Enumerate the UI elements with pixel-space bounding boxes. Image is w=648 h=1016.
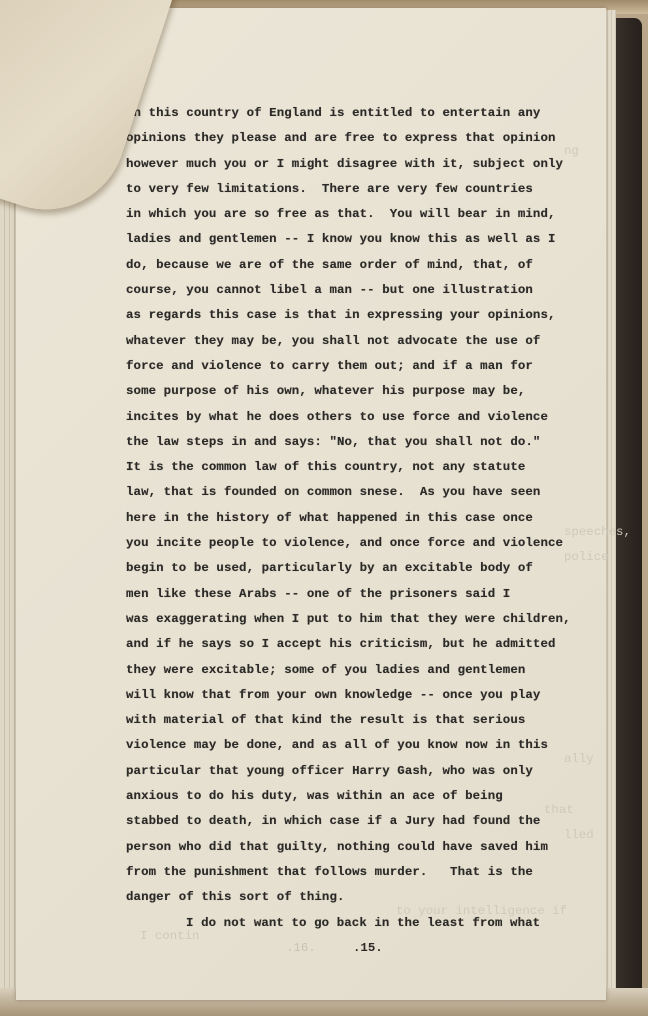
text-line: It is the common law of this country, no… [126, 455, 586, 480]
text-line: opinions they please and are free to exp… [126, 126, 586, 151]
text-line: force and violence to carry them out; an… [126, 354, 586, 379]
text-line: danger of this sort of thing. [126, 885, 586, 910]
text-line: they were excitable; some of you ladies … [126, 658, 586, 683]
text-line: men like these Arabs -- one of the priso… [126, 582, 586, 607]
text-line: person who did that guilty, nothing coul… [126, 835, 586, 860]
text-line: ladies and gentlemen -- I know you know … [126, 227, 586, 252]
text-line: stabbed to death, in which case if a Jur… [126, 809, 586, 834]
text-line: particular that young officer Harry Gash… [126, 759, 586, 784]
text-line: violence may be done, and as all of you … [126, 733, 586, 758]
text-line: course, you cannot libel a man -- but on… [126, 278, 586, 303]
text-line: as regards this case is that in expressi… [126, 303, 586, 328]
text-line: some purpose of his own, whatever his pu… [126, 379, 586, 404]
text-line: anxious to do his duty, was within an ac… [126, 784, 586, 809]
text-line: do, because we are of the same order of … [126, 253, 586, 278]
curled-page-text: MR. TURNER a Party of PRISONERS [4, 0, 67, 2]
text-line: law, that is founded on common snese. As… [126, 480, 586, 505]
text-line: in which you are so free as that. You wi… [126, 202, 586, 227]
text-line: here in the history of what happened in … [126, 506, 586, 531]
text-line: incites by what he does others to use fo… [126, 405, 586, 430]
text-line: and if he says so I accept his criticism… [126, 632, 586, 657]
text-line: whatever they may be, you shall not advo… [126, 329, 586, 354]
text-line: from the punishment that follows murder.… [126, 860, 586, 885]
typewritten-body: in this country of England is entitled t… [126, 101, 586, 936]
text-line: the law steps in and says: "No, that you… [126, 430, 586, 455]
text-line: with material of that kind the result is… [126, 708, 586, 733]
text-line-indented: I do not want to go back in the least fr… [126, 911, 586, 936]
text-line: to very few limitations. There are very … [126, 177, 586, 202]
text-line: begin to be used, particularly by an exc… [126, 556, 586, 581]
text-line: you incite people to violence, and once … [126, 531, 586, 556]
text-line: will know that from your own knowledge -… [126, 683, 586, 708]
text-line: was exaggerating when I put to him that … [126, 607, 586, 632]
text-line: however much you or I might disagree wit… [126, 152, 586, 177]
folder-backing-board [612, 18, 642, 1008]
text-line: in this country of England is entitled t… [126, 101, 586, 126]
bleed-through-page-number: .16. [286, 941, 316, 955]
page-number: .15. [353, 941, 383, 955]
